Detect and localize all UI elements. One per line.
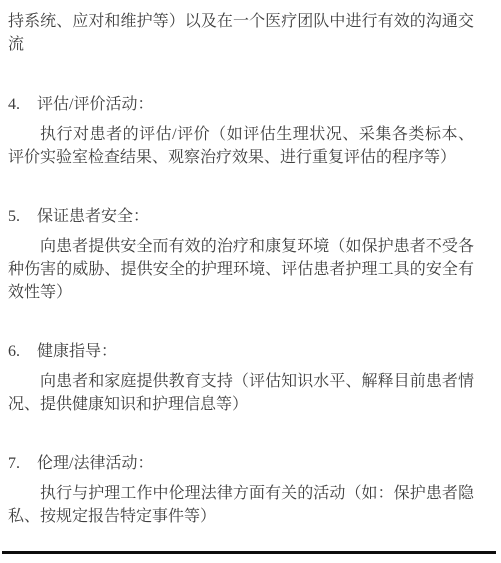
item-heading: 4. 评估/评价活动： [8,93,474,116]
list-item-7: 7. 伦理/法律活动： 执行与护理工作中伦理法律方面有关的活动（如：保护患者隐私… [8,452,474,528]
item-number: 5. [8,205,33,228]
item-title: 伦理/法律活动： [37,455,153,472]
item-number: 7. [8,452,33,475]
item-heading: 6. 健康指导： [8,340,474,363]
document-page: { "colors": { "text": "#3d3d3d", "backgr… [0,0,501,563]
item-body: 向患者和家庭提供教育支持（评估知识水平、解释目前患者情况、提供健康知识和护理信息… [8,370,474,416]
item-title: 保证患者安全： [37,208,149,225]
page-bottom-divider [2,551,496,554]
item-number: 6. [8,340,33,363]
list-item-6: 6. 健康指导： 向患者和家庭提供教育支持（评估知识水平、解释目前患者情况、提供… [8,340,474,416]
item-heading: 5. 保证患者安全： [8,205,474,228]
continuation-paragraph: 持系统、应对和维护等）以及在一个医疗团队中进行有效的沟通交流 [8,10,474,56]
item-body: 向患者提供安全而有效的治疗和康复环境（如保护患者不受各种伤害的威胁、提供安全的护… [8,235,474,304]
text-block: 持系统、应对和维护等）以及在一个医疗团队中进行有效的沟通交流 4. 评估/评价活… [8,10,474,528]
item-body: 执行与护理工作中伦理法律方面有关的活动（如：保护患者隐私、按规定报告特定事件等） [8,482,474,528]
item-body: 执行对患者的评估/评价（如评估生理状况、采集各类标本、评价实验室检查结果、观察治… [8,123,474,169]
item-title: 评估/评价活动： [37,96,153,113]
item-heading: 7. 伦理/法律活动： [8,452,474,475]
item-number: 4. [8,93,33,116]
item-title: 健康指导： [37,343,117,360]
list-item-4: 4. 评估/评价活动： 执行对患者的评估/评价（如评估生理状况、采集各类标本、评… [8,93,474,169]
list-item-5: 5. 保证患者安全： 向患者提供安全而有效的治疗和康复环境（如保护患者不受各种伤… [8,205,474,304]
